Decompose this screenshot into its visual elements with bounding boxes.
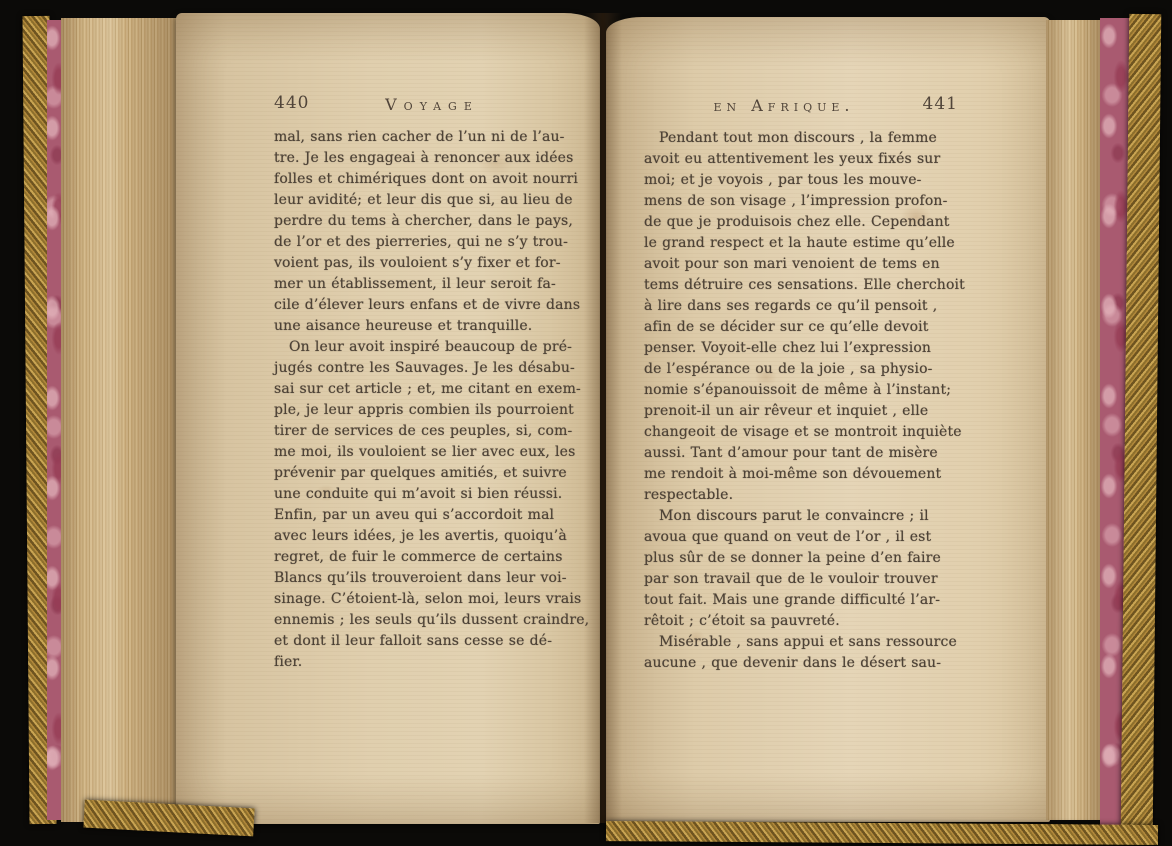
left-page-paragraph-2: On leur avoit inspiré beaucoup de pré- j…	[274, 337, 590, 673]
page-number-left: 440	[274, 93, 309, 113]
page-block-edges-right	[1046, 20, 1104, 820]
right-page-paragraph-3: Misérable , sans appui et sans ressource…	[644, 632, 958, 674]
page-block-edges-left	[61, 18, 178, 822]
left-page: 440 Voyage mal, sans rien cacher de l’un…	[176, 13, 600, 824]
right-page-header: en Afrique. 441	[644, 96, 958, 120]
left-page-paragraph-1: mal, sans rien cacher de l’un ni de l’au…	[274, 127, 590, 337]
right-page-paragraph-2: Mon discours parut le convaincre ; il av…	[644, 506, 958, 632]
right-page: en Afrique. 441 Pendant tout mon discour…	[606, 17, 1050, 822]
right-page-paragraph-1: Pendant tout mon discours , la femme avo…	[644, 128, 958, 506]
left-page-header: 440 Voyage	[274, 95, 590, 119]
running-title-left: Voyage	[274, 95, 590, 114]
page-number-right: 441	[923, 94, 958, 114]
gilt-cover-edge-bottom-right	[606, 821, 1158, 845]
running-title-right: en Afrique.	[644, 96, 958, 115]
open-book-photo: 440 Voyage mal, sans rien cacher de l’un…	[0, 0, 1172, 846]
